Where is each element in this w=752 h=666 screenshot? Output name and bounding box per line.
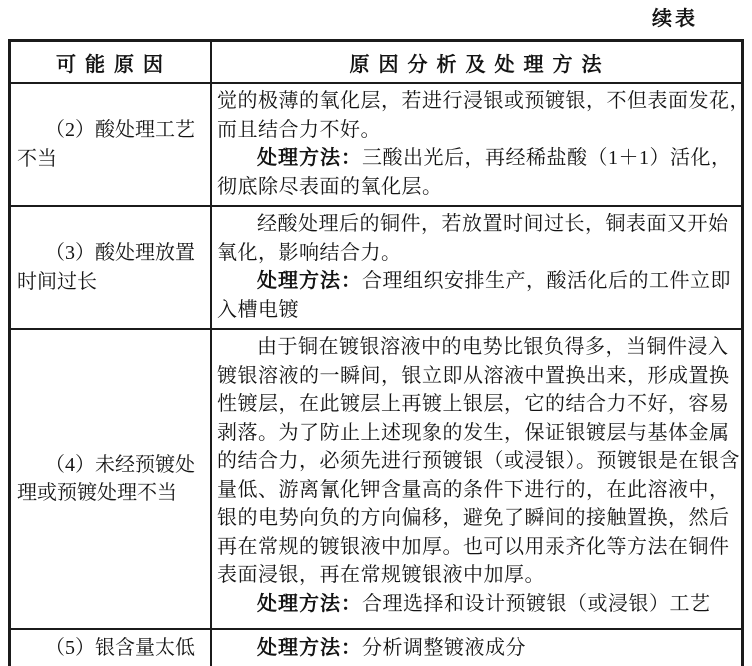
cause-line: （3）酸处理放置 [17,239,204,268]
analysis-line: 经酸处理后的铜件，若放置时间过长，铜表面又开始 [217,210,738,239]
continued-table-label: 续表 [0,2,698,31]
analysis-line: 处理方法：合理组织安排生产，酸活化后的工件立即 [217,267,738,296]
header-row: 可 能 原 因 原 因 分 析 及 处 理 方 法 [10,41,743,84]
causes-analysis-table: 可 能 原 因 原 因 分 析 及 处 理 方 法 （2）酸处理工艺 不当 觉的… [8,39,744,666]
treatment-method-label: 处理方法： [257,147,362,169]
treatment-method-text: 合理组织安排生产，酸活化后的工件立即 [362,270,731,292]
analysis-line: 氧化，影响结合力。 [217,239,738,268]
cause-line: （5）银含量太低 [17,634,204,663]
analysis-line: 表面浸银，再在常规镀银液中加厚。 [217,561,738,590]
treatment-method-text: 三酸出光后，再经稀盐酸（1＋1）活化， [362,147,732,169]
cause-line: （4）未经预镀处 [17,451,204,480]
analysis-line: 的结合力，必须先进行预镀银（或浸银）。预镀银是在银含 [217,447,738,476]
table-row: （3）酸处理放置 时间过长 经酸处理后的铜件，若放置时间过长，铜表面又开始 氧化… [10,206,743,329]
analysis-line: 再在常规的镀银液中加厚。也可以用汞齐化等方法在铜件 [217,533,738,562]
treatment-method-text: 分析调整镀液成分 [362,637,526,659]
analysis-cell: 经酸处理后的铜件，若放置时间过长，铜表面又开始 氧化，影响结合力。 处理方法：合… [211,206,743,329]
cause-line: （2）酸处理工艺 [17,116,204,145]
table-row: （4）未经预镀处 理或预镀处理不当 由于铜在镀银溶液中的电势比银负得多，当铜件浸… [10,329,743,629]
treatment-method-label: 处理方法： [257,593,362,615]
analysis-line: 由于铜在镀银溶液中的电势比银负得多，当铜件浸入 [217,333,738,362]
cause-line: 理或预镀处理不当 [17,479,204,508]
analysis-line: 处理方法：分析调整镀液成分 [217,634,738,663]
analysis-line: 处理方法：三酸出光后，再经稀盐酸（1＋1）活化， [217,144,738,173]
analysis-line: 而且结合力不好。 [217,116,738,145]
analysis-line: 银的电势向负的方向偏移，避免了瞬间的接触置换，然后 [217,504,738,533]
table-row: （2）酸处理工艺 不当 觉的极薄的氧化层，若进行浸银或预镀银，不但表面发花， 而… [10,83,743,206]
analysis-line: 剥落。为了防止上述现象的发生，保证银镀层与基体金属 [217,419,738,448]
analysis-line: 彻底除尽表面的氧化层。 [217,173,738,202]
treatment-method-label: 处理方法： [257,270,362,292]
analysis-line: 入槽电镀 [217,296,738,325]
cause-cell: （4）未经预镀处 理或预镀处理不当 [10,329,212,629]
analysis-line: 量低、游离氰化钾含量高的条件下进行的，在此溶液中， [217,476,738,505]
table-row: （5）银含量太低 处理方法：分析调整镀液成分 [10,629,743,666]
analysis-line: 镀银溶液的一瞬间，银立即从溶液中置换出来，形成置换 [217,362,738,391]
treatment-method-label: 处理方法： [257,637,362,659]
analysis-cell: 由于铜在镀银溶液中的电势比银负得多，当铜件浸入 镀银溶液的一瞬间，银立即从溶液中… [211,329,743,629]
analysis-line: 性镀层，在此镀层上再镀上银层，它的结合力不好，容易 [217,390,738,419]
header-analysis-column: 原 因 分 析 及 处 理 方 法 [211,41,743,84]
cause-line: 时间过长 [17,268,204,297]
cause-cell: （2）酸处理工艺 不当 [10,83,212,206]
analysis-cell: 觉的极薄的氧化层，若进行浸银或预镀银，不但表面发花， 而且结合力不好。 处理方法… [211,83,743,206]
analysis-line: 觉的极薄的氧化层，若进行浸银或预镀银，不但表面发花， [217,87,738,116]
header-cause-column: 可 能 原 因 [10,41,212,84]
analysis-cell: 处理方法：分析调整镀液成分 [211,629,743,666]
analysis-line: 处理方法：合理选择和设计预镀银（或浸银）工艺 [217,590,738,619]
treatment-method-text: 合理选择和设计预镀银（或浸银）工艺 [362,593,711,615]
cause-line: 不当 [17,145,204,174]
cause-cell: （5）银含量太低 [10,629,212,666]
cause-cell: （3）酸处理放置 时间过长 [10,206,212,329]
